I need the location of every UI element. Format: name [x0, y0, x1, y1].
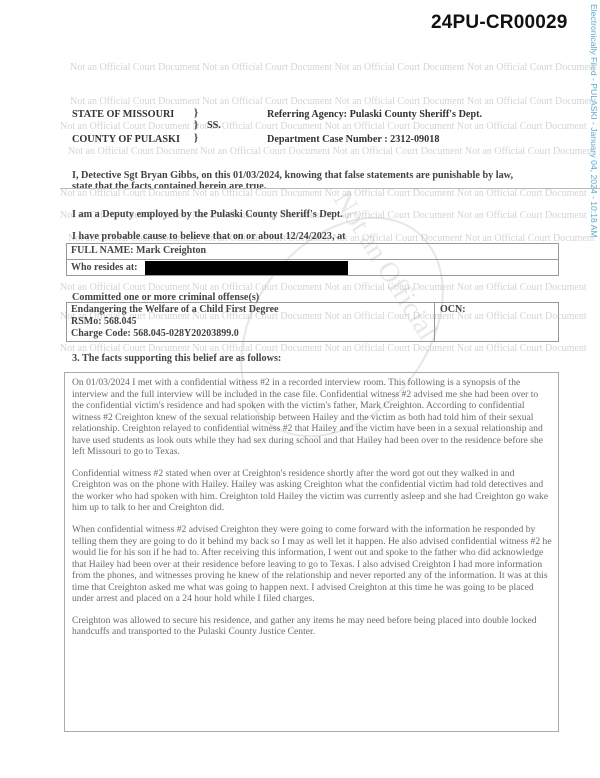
facts-box: On 01/03/2024 I met with a confidential … — [64, 372, 559, 732]
rsmo: RSMo: 568.045 — [71, 316, 137, 327]
referring-agency: Referring Agency: Pulaski County Sheriff… — [267, 109, 482, 120]
resides-at-label: Who resides at: — [71, 262, 137, 273]
efile-stamp: Electronically Filed - PULASKI - January… — [589, 4, 599, 238]
employment-statement: I am a Deputy employed by the Pulaski Co… — [72, 209, 343, 220]
facts-paragraph: When confidential witness #2 advised Cre… — [72, 524, 552, 605]
oath-line-2: state that the facts contained herein ar… — [72, 181, 266, 192]
redacted-address — [145, 261, 348, 275]
watermark-text: Not an Official Court Document Not an Of… — [70, 96, 597, 107]
watermark-text: Not an Official Court Document Not an Of… — [70, 62, 597, 73]
state-label: STATE OF MISSOURI — [72, 109, 174, 120]
facts-paragraph: Creighton was allowed to secure his resi… — [72, 615, 552, 638]
full-name: FULL NAME: Mark Creighton — [71, 245, 206, 256]
probable-cause-statement: I have probable cause to believe that on… — [72, 231, 346, 242]
watermark-text: Not an Official Court Document Not an Of… — [68, 146, 595, 157]
divider — [60, 188, 600, 189]
facts-paragraph: On 01/03/2024 I met with a confidential … — [72, 377, 552, 458]
subject-table-divider — [66, 259, 559, 260]
charge-code: Charge Code: 568.045-028Y20203899.0 — [71, 328, 239, 339]
department-case-number: Department Case Number : 2312-09018 — [267, 134, 439, 145]
facts-heading: 3. The facts supporting this belief are … — [72, 353, 281, 364]
watermark-text: Not an Official Court Document Not an Of… — [60, 121, 587, 132]
oath-line-1: I, Detective Sgt Bryan Gibbs, on this 01… — [72, 170, 513, 181]
ss-label: SS. — [207, 120, 221, 131]
case-number: 24PU-CR00029 — [431, 12, 568, 34]
bracket-top: } — [194, 108, 198, 119]
ocn-label: OCN: — [440, 304, 466, 315]
county-label: COUNTY OF PULASKI — [72, 134, 180, 145]
offense-table-divider — [434, 302, 435, 342]
bracket-mid: } — [194, 120, 198, 131]
offense-name: Endangering the Welfare of a Child First… — [71, 304, 279, 315]
facts-paragraph: Confidential witness #2 stated when over… — [72, 468, 552, 514]
bracket-bottom: } — [194, 133, 198, 144]
